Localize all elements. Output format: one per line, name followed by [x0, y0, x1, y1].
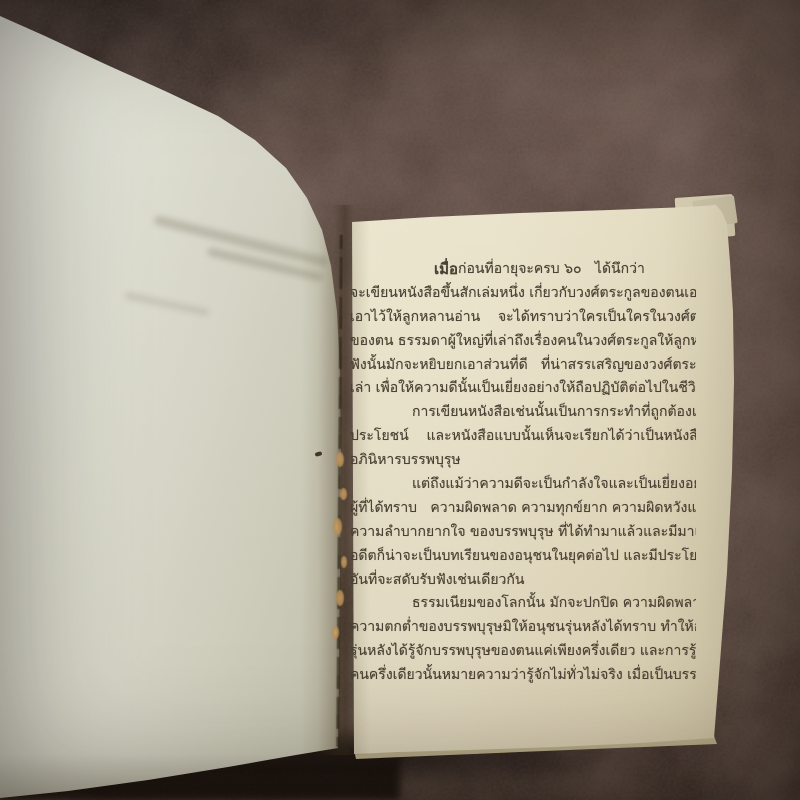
text-line: คนครึ่งเดียวนั้นหมายความว่ารู้จักไม่ทั่ว… — [350, 664, 696, 688]
binding-glue-spot — [333, 518, 342, 535]
text-line: อันที่จะสดับรับฟังเช่นเดียวกัน — [350, 569, 696, 593]
text-line: ความตกต่ำของบรรพบุรุษมิให้อนุชนรุ่นหลังไ… — [350, 616, 696, 640]
binding-glue-spot — [336, 452, 344, 467]
text-line-lead: เมื่อ — [434, 260, 458, 278]
text-line: อดีตก็น่าจะเป็นบทเรียนของอนุชนในยุคต่อไป… — [350, 545, 696, 569]
text-line: เมื่อก่อนที่อายุจะครบ ๖๐ ได้นึกว่า — [350, 258, 696, 282]
photo-open-book: เมื่อก่อนที่อายุจะครบ ๖๐ ได้นึกว่า จะเขี… — [0, 0, 800, 800]
text-line: รุ่นหลังได้รู้จักบรรพบุรุษของตนแค่เพียงค… — [350, 640, 696, 664]
binding-glue-spot — [336, 590, 344, 606]
page-text: เมื่อก่อนที่อายุจะครบ ๖๐ ได้นึกว่า จะเขี… — [350, 258, 696, 703]
text-line: จะเขียนหนังสือขึ้นสักเล่มหนึ่ง เกี่ยวกับ… — [350, 282, 696, 306]
text-line: ฟังนั้นมักจะหยิบยกเอาส่วนที่ดี ที่น่าสรร… — [350, 354, 696, 378]
text-line: เล่า เพื่อให้ความดีนั้นเป็นเยี่ยงอย่างให… — [350, 377, 696, 401]
text-line-rest: ก่อนที่อายุจะครบ ๖๐ ได้นึกว่า — [458, 258, 645, 282]
binding-glue-spot — [340, 488, 347, 500]
text-line: ประโยชน์ และหนังสือแบบนั้นเห็นจะเรียกได้… — [350, 425, 696, 449]
text-line: เอาไว้ให้ลูกหลานอ่าน จะได้ทราบว่าใครเป็น… — [350, 306, 696, 330]
text-line: ผู้ที่ได้ทราบ ความผิดพลาด ความทุกข์ยาก ค… — [350, 497, 696, 521]
text-line: แต่ถึงแม้ว่าความดีจะเป็นกำลังใจและเป็นเย… — [350, 473, 696, 497]
text-line: ธรรมเนียมของโลกนั้น มักจะปกปิด ความผิดพล… — [350, 592, 696, 616]
text-line: อภินิหารบรรพบุรุษ — [350, 449, 696, 473]
text-line: ของตน ธรรมดาผู้ใหญ่ที่เล่าถึงเรื่องคนในว… — [350, 330, 696, 354]
text-line: การเขียนหนังสือเช่นนั้นเป็นการกระทำที่ถู… — [350, 401, 696, 425]
binding-glue-spot — [332, 626, 339, 639]
binding-glue-spot — [341, 556, 347, 568]
text-line: ความลำบากยากใจ ของบรรพบุรุษ ที่ได้ทำมาแล… — [350, 521, 696, 545]
